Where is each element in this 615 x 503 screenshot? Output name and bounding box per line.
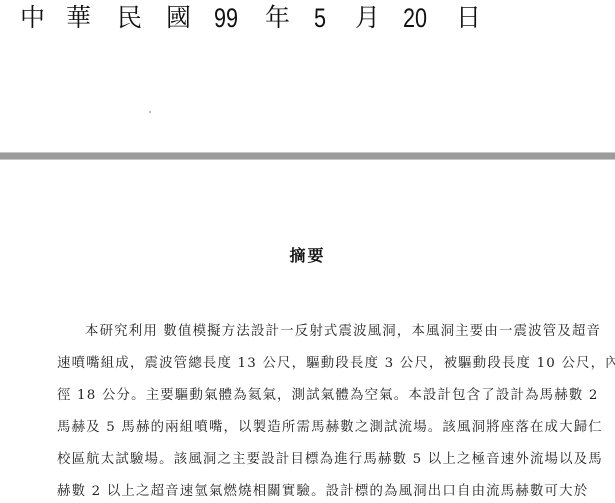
date-char: 日 [456,2,481,34]
abstract-title: 摘要 [0,243,615,266]
date-char: 月 [355,2,380,34]
date-char: 中 [20,2,45,34]
date-heading: 中 華 民 國 99 年 5 月 20 日 [0,2,615,36]
date-day: 20 [403,2,427,34]
abstract-line: 赫數 2 以上之超音速氫氣燃燒相關實驗。設計標的為風洞出口自由流馬赫數可大於 [57,476,577,503]
date-year: 99 [214,2,238,34]
abstract-line: 校區航太試驗場。該風洞之主要設計目標為進行馬赫數 5 以上之極音速外流場以及馬 [57,444,577,476]
date-char: 華 [66,2,91,34]
abstract-line: 本研究利用 數值模擬方法設計一反射式震波風洞，本風洞主要由一震波管及超音 [57,316,577,348]
abstract-line: 速噴嘴組成，震波管總長度 13 公尺，驅動段長度 3 公尺，被驅動段長度 10 … [57,348,577,380]
date-char: 年 [265,2,290,34]
date-month: 5 [314,2,326,34]
page-separator [0,152,615,160]
date-char: 國 [166,2,191,34]
stray-mark [149,111,151,113]
abstract-line: 馬赫及 5 馬赫的兩組噴嘴，以製造所需馬赫數之測試流場。該風洞將座落在成大歸仁 [57,412,577,444]
date-char: 民 [117,2,142,34]
abstract-body: 本研究利用 數值模擬方法設計一反射式震波風洞，本風洞主要由一震波管及超音 速噴嘴… [57,316,577,503]
abstract-line: 徑 18 公分。主要驅動氣體為氦氣，測試氣體為空氣。本設計包含了設計為馬赫數 2 [57,380,577,412]
